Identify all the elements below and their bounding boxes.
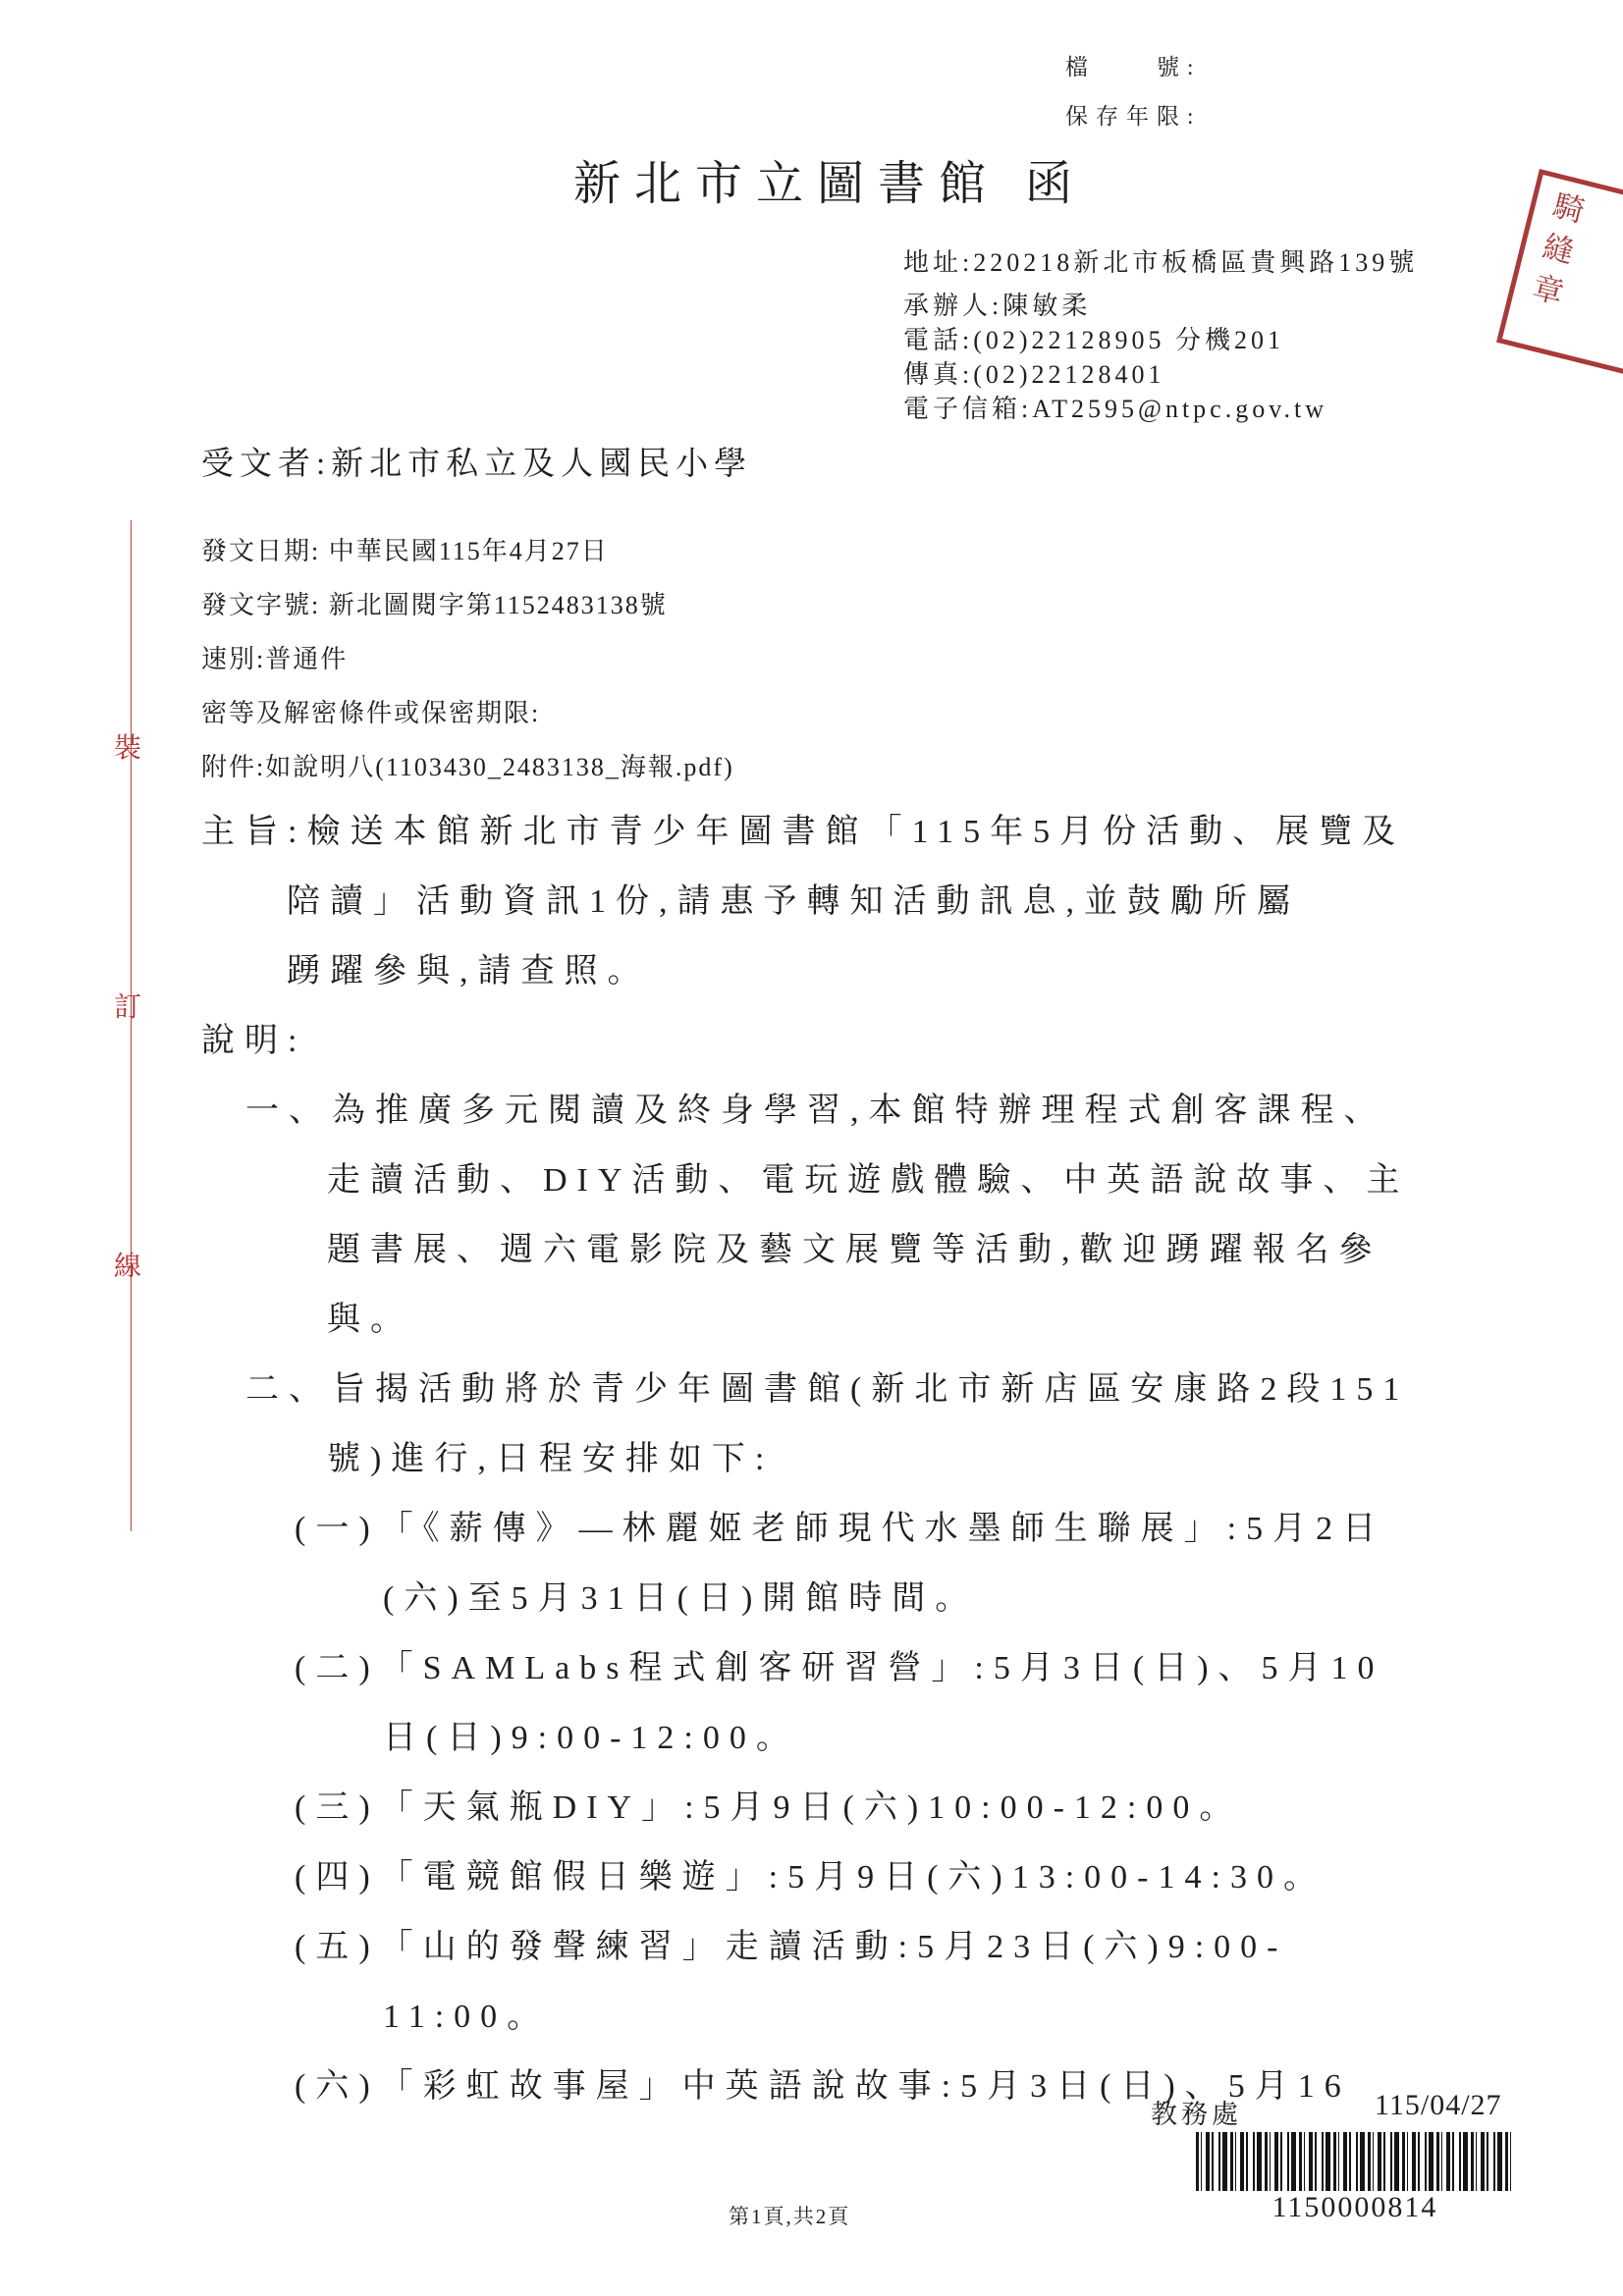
letter-body: 主旨:檢送本館新北市青少年圖書館「115年5月份活動、展覽及 陪讀」活動資訊1份… — [0, 797, 1623, 2121]
subject-line: 主旨:檢送本館新北市青少年圖書館「115年5月份活動、展覽及 — [0, 797, 1623, 867]
binding-mark-ding: 訂 — [114, 986, 141, 1025]
sender-contact-person: 承辦人:陳敏柔 — [903, 289, 1418, 323]
explanation-label: 說明: — [0, 1006, 1623, 1076]
security-classification: 密等及解密條件或保密期限: — [201, 686, 734, 740]
schedule-item-2: 日(日)9:00-12:00。 — [0, 1703, 1623, 1773]
explanation-item-1: 題書展、週六電影院及藝文展覽等活動,歡迎踴躍報名參 — [0, 1215, 1623, 1285]
issue-date: 發文日期: 中華民國115年4月27日 — [201, 524, 734, 578]
doc-number: 發文字號: 新北圖閱字第1152483138號 — [201, 578, 734, 632]
schedule-item-5: (五)「山的發聲練習」走讀活動:5月23日(六)9:00- — [0, 1912, 1623, 1982]
schedule-item-1: (六)至5月31日(日)開館時間。 — [0, 1564, 1623, 1633]
recipient-line: 受文者:新北市私立及人國民小學 — [201, 438, 752, 484]
received-date: 115/04/27 — [1375, 2089, 1502, 2122]
explanation-item-1: 一、為推廣多元閱讀及終身學習,本館特辦理程式創客課程、 — [0, 1076, 1623, 1146]
retention-period-label: 保存年限: — [1065, 92, 1201, 141]
file-number-block: 檔 號: 保存年限: — [1065, 43, 1201, 141]
explanation-item-1: 與。 — [0, 1285, 1623, 1355]
schedule-item-2: (二)「SAMLabs程式創客研習營」:5月3日(日)、5月10 — [0, 1633, 1623, 1703]
receiving-department: 教務處 — [1151, 2093, 1242, 2131]
barcode-number: 1150000814 — [1217, 2191, 1492, 2224]
file-number-label: 檔 號: — [1065, 43, 1201, 92]
sender-email: 電子信箱:AT2595@ntpc.gov.tw — [903, 392, 1418, 426]
official-letter-page: 檔 號: 保存年限: 騎縫章 新北市立圖書館 函 地址:220218新北市板橋區… — [0, 0, 1623, 2296]
priority: 速別:普通件 — [201, 632, 734, 686]
subject-line: 踴躍參與,請查照。 — [0, 936, 1623, 1006]
subject-line: 陪讀」活動資訊1份,請惠予轉知活動訊息,並鼓勵所屬 — [0, 867, 1623, 936]
schedule-item-1: (一)「《薪傳》—林麗姬老師現代水墨師生聯展」:5月2日 — [0, 1494, 1623, 1564]
sender-address: 地址:220218新北市板橋區貴興路139號 — [903, 243, 1418, 289]
binding-mark-xian: 線 — [114, 1245, 141, 1284]
seam-stamp: 騎縫章 — [1496, 169, 1623, 376]
sender-contact-block: 地址:220218新北市板橋區貴興路139號 承辦人:陳敏柔 電話:(02)22… — [903, 243, 1418, 426]
schedule-item-5: 11:00。 — [0, 1982, 1623, 2052]
seam-stamp-text: 騎縫章 — [1518, 187, 1592, 320]
attachment: 附件:如說明八(1103430_2483138_海報.pdf) — [201, 740, 734, 794]
binding-line — [131, 520, 132, 1531]
sender-fax: 傳真:(02)22128401 — [903, 357, 1418, 392]
binding-mark-zhuang: 裝 — [114, 726, 141, 766]
document-meta-block: 發文日期: 中華民國115年4月27日 發文字號: 新北圖閱字第11524831… — [201, 524, 734, 794]
sender-phone: 電話:(02)22128905 分機201 — [903, 323, 1418, 357]
explanation-item-2: 二、旨揭活動將於青少年圖書館(新北市新店區安康路2段151 — [0, 1355, 1623, 1424]
explanation-item-1: 走讀活動、DIY活動、電玩遊戲體驗、中英語說故事、主 — [0, 1146, 1623, 1215]
page-indicator: 第1頁,共2頁 — [729, 2201, 850, 2230]
explanation-item-2: 號)進行,日程安排如下: — [0, 1424, 1623, 1494]
schedule-item-4: (四)「電競館假日樂遊」:5月9日(六)13:00-14:30。 — [0, 1842, 1623, 1912]
document-title: 新北市立圖書館 函 — [573, 145, 1086, 213]
schedule-item-3: (三)「天氣瓶DIY」:5月9日(六)10:00-12:00。 — [0, 1773, 1623, 1842]
barcode — [1196, 2132, 1512, 2191]
